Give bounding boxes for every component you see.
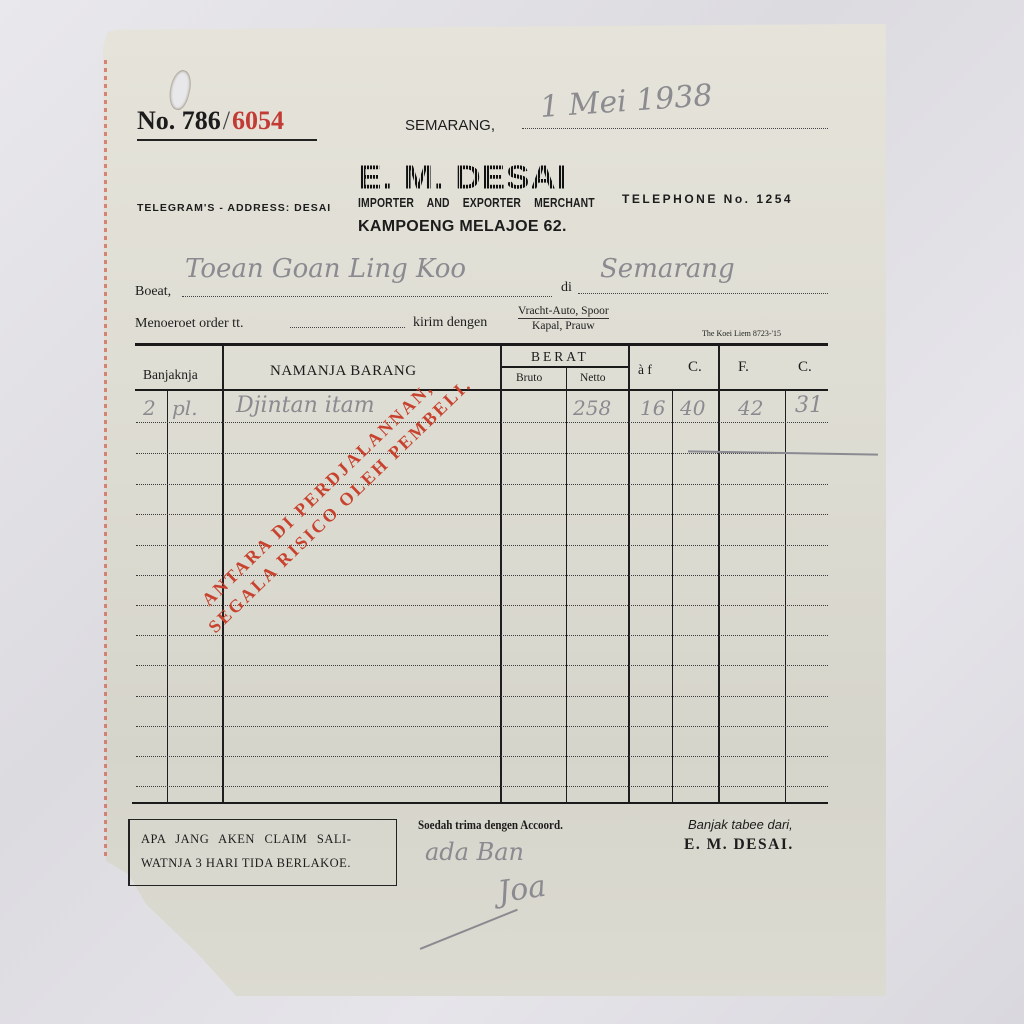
telegram-address: TELEGRAM'S - ADDRESS: DESAI — [137, 202, 331, 214]
order-dotline — [290, 327, 405, 328]
number-underline — [137, 139, 317, 141]
row-line — [136, 635, 828, 636]
header-net: Netto — [580, 372, 606, 384]
receiver-signature-1: ada Ban — [425, 838, 524, 866]
date-dotline — [522, 128, 828, 129]
table-header-border — [135, 389, 828, 391]
table-top-border — [135, 343, 828, 346]
row-line — [136, 726, 828, 727]
row-unit: pl. — [172, 396, 198, 420]
col-line-4 — [628, 346, 630, 802]
perforation-edge — [104, 60, 107, 860]
row-qty: 2 — [143, 396, 156, 420]
row-line — [136, 545, 828, 546]
invoice-number-red: 6054 — [232, 106, 284, 135]
invoice-number: No. 786/6054 — [137, 106, 284, 136]
greeting-text: Banjak tabee dari, — [688, 817, 793, 832]
claim-notice-box: APA JANG AKEN CLAIM SALI- WATNJA 3 HARI … — [128, 819, 397, 886]
col-line-2 — [500, 346, 502, 802]
row-line — [136, 484, 828, 485]
berat-divider — [500, 366, 628, 368]
table-bottom-border — [132, 802, 828, 804]
received-label: Soedah trima dengen Accoord. — [418, 817, 563, 833]
row-line — [136, 696, 828, 697]
header-gross: Bruto — [516, 372, 542, 384]
header-quantity: Banjaknja — [143, 367, 198, 383]
company-logo: E. M. DESAI — [358, 159, 567, 197]
row-item: Djintan itam — [236, 393, 375, 418]
row-line — [136, 665, 828, 666]
row-line — [136, 422, 828, 423]
city-label: SEMARANG, — [405, 117, 495, 134]
di-dotline — [578, 293, 828, 294]
company-subtitle: IMPORTER AND EXPORTER MERCHANT — [358, 196, 595, 210]
company-address: KAMPOENG MELAJOE 62. — [358, 218, 567, 236]
row-line — [136, 514, 828, 515]
telephone-number: TELEPHONE No. 1254 — [622, 192, 793, 206]
row-line — [136, 453, 828, 454]
row-total-c: 31 — [795, 393, 823, 418]
header-total-c: C. — [798, 359, 812, 376]
row-line — [136, 756, 828, 757]
header-unit-price-f: à f — [638, 362, 652, 378]
receiver-signature-2: Joa — [496, 869, 548, 910]
row-price-f: 16 — [640, 396, 665, 420]
boeat-handwritten: Toean Goan Ling Koo — [185, 254, 466, 284]
row-netto: 258 — [573, 396, 611, 420]
header-total-f: F. — [738, 359, 749, 376]
header-item-name: NAMANJA BARANG — [270, 363, 417, 380]
header-weight: BERAT — [531, 349, 589, 365]
di-label: di — [561, 280, 572, 296]
transport-options: Vracht-Auto, Spoor Kapal, Prauw — [518, 305, 609, 332]
printer-mark: The Koei Liem 8723-'15 — [702, 329, 781, 338]
kirim-label: kirim dengen — [413, 315, 487, 331]
col-line-6 — [718, 346, 720, 802]
company-signature: E. M. DESAI. — [684, 836, 794, 854]
invoice-number-printed: 786 — [182, 106, 221, 135]
boeat-label: Boeat, — [135, 284, 171, 300]
row-total-f: 42 — [738, 396, 763, 420]
row-price-c: 40 — [680, 396, 705, 420]
di-handwritten: Semarang — [600, 254, 735, 284]
header-unit-price-c: C. — [688, 359, 702, 376]
boeat-dotline — [182, 296, 552, 297]
row-line — [136, 786, 828, 787]
order-label: Menoeroet order tt. — [135, 316, 243, 332]
col-line-3 — [566, 367, 567, 802]
